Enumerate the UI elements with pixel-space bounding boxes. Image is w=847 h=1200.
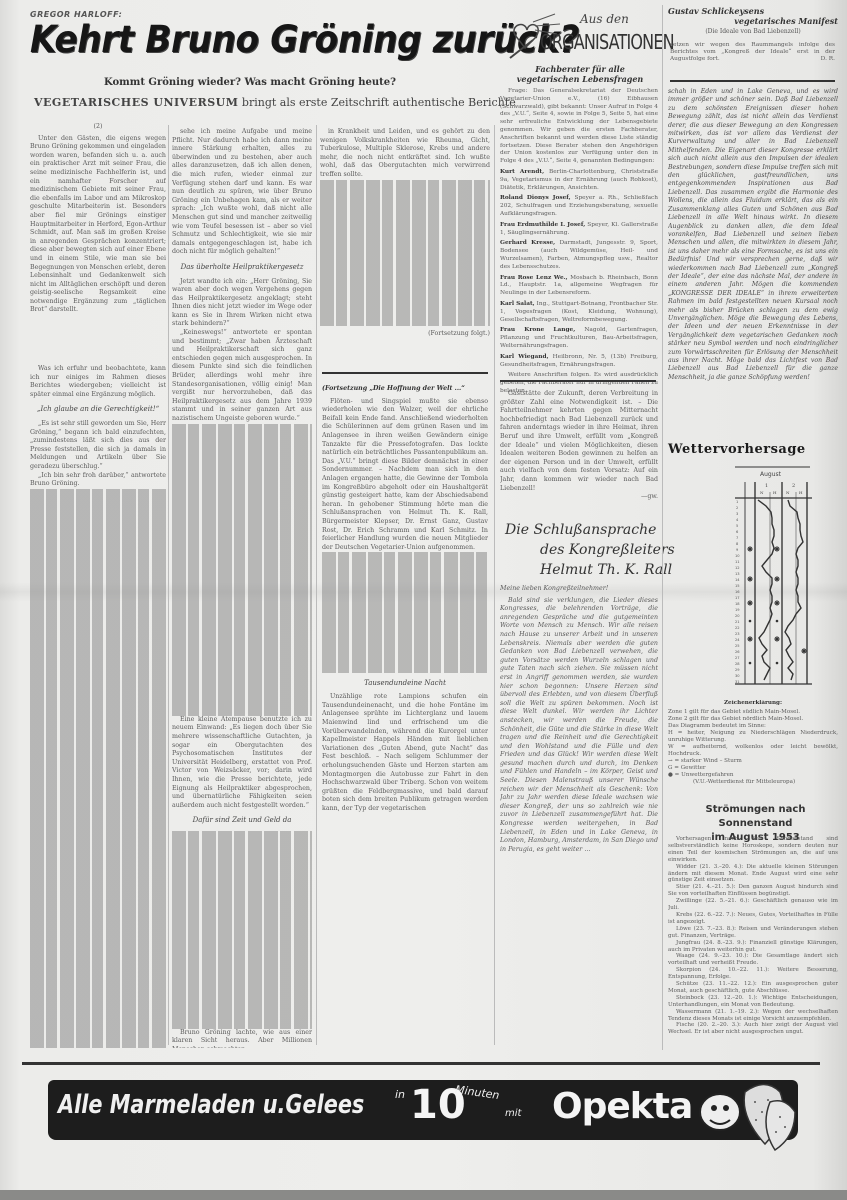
- svg-text:31: 31: [735, 680, 740, 684]
- adviser-entry: Kurt Arendt, Berlin-Charlottenburg, Chri…: [500, 169, 658, 192]
- section-heading: Das überholte Heilpraktikergesetz: [172, 263, 312, 272]
- article-column-1: (2) Unter den Gästen, die eigens wegen B…: [30, 123, 166, 1048]
- svg-text:1: 1: [765, 483, 768, 489]
- article-column-3: in Krankheit und Leiden, und es gehört z…: [320, 128, 490, 353]
- svg-text:14: 14: [735, 578, 740, 582]
- chart-markers: [748, 547, 806, 664]
- manifest-heading: Gustav Schlickeysens vegetarisches Manif…: [668, 6, 838, 35]
- text-filler: [320, 180, 490, 326]
- paragraph: schah in Eden und in Lake Geneva, und es…: [668, 88, 838, 382]
- column-divider: [316, 125, 317, 1045]
- adviser-entry: Karl Wiegand, Heilbronn, Nr. 5, (13b) Fr…: [500, 354, 658, 370]
- svg-text:3: 3: [736, 512, 738, 516]
- svg-text:22: 22: [735, 626, 740, 630]
- zodiac-entry: Stier (21. 4.–21. 5.): Den ganzen August…: [668, 884, 838, 898]
- paragraph: Bald sind sie verklungen, die Lieder die…: [500, 597, 658, 855]
- legend-item: G = Gewitter: [668, 765, 838, 772]
- paragraph: Eine kleine Atempause benutzte ich zu ne…: [172, 716, 312, 811]
- festival-closing-column: Gaststätte der Zukunft, deren Verbreitun…: [500, 390, 658, 505]
- zodiac-entry: Zwillinge (22. 5.–21. 6.): Geschäftlich …: [668, 898, 838, 912]
- svg-text:N: N: [760, 490, 764, 495]
- subheadline: Kommt Gröning wieder? Was macht Gröning …: [0, 77, 500, 88]
- text-filler: [322, 552, 488, 672]
- kicker: VEGETARISCHES UNIVERSUM bringt als erste…: [34, 96, 504, 109]
- paragraph: in Krankheit und Leiden, und es gehört z…: [320, 128, 490, 180]
- paragraph: Frage: Das Generalsekretariat der Deutsc…: [500, 88, 658, 166]
- paragraph: Unzählige rote Lampions schufen ein Taus…: [322, 693, 488, 813]
- organisations-column: Frage: Das Generalsekretariat der Deutsc…: [500, 88, 658, 398]
- svg-text:27: 27: [735, 656, 740, 660]
- text-filler: [172, 831, 312, 1029]
- section-rule: [670, 80, 835, 82]
- paragraph: sehe ich meine Aufgabe und meine Pflicht…: [172, 128, 312, 257]
- organisations-heading: Fachberater für alle vegetarischen Leben…: [500, 64, 660, 84]
- scan-edge: [0, 1190, 847, 1200]
- legend-item: Das Diagramm bedeutet im Sinne:: [668, 723, 838, 730]
- paragraph: Gaststätte der Zukunft, deren Verbreitun…: [500, 390, 658, 493]
- svg-text:29: 29: [735, 668, 740, 672]
- zodiac-entry: Waage (24. 9.–23. 10.): Die Gesamtlage ä…: [668, 953, 838, 967]
- paragraph: „Es ist sehr still geworden um Sie, Herr…: [30, 420, 166, 472]
- svg-text:6: 6: [736, 530, 739, 534]
- column-divider: [494, 125, 495, 1045]
- svg-text:20: 20: [735, 614, 740, 618]
- speech-title: Die Schlußansprache des Kongreßleiters H…: [505, 520, 675, 580]
- section-rule: [500, 380, 656, 382]
- adviser-entry: Roland Dionys Josef, Speyer a. Rh., Schl…: [500, 195, 658, 218]
- paragraph: Flöten- und Singspiel mußte sie ebenso w…: [322, 398, 488, 553]
- legend-item: ● = Unwettergefahren: [668, 772, 838, 779]
- headline: Kehrt Bruno Gröning zurück?: [30, 18, 467, 61]
- continuation-heading: (Fortsetzung „Die Hoffnung der Welt ...“: [322, 385, 488, 394]
- paragraph: Unter den Gästen, die eigens wegen Bruno…: [30, 135, 166, 315]
- zodiac-entry: Schütze (23. 11.–22. 12.): Ein ausgespro…: [668, 981, 838, 995]
- kicker-publication: VEGETARISCHES UNIVERSUM: [34, 96, 238, 109]
- legend-item: (V.U.-Wetterdienst für Mitteleuropa): [668, 779, 838, 786]
- adviser-entry: Karl Salat, Ing., Stuttgart-Botnang, Fro…: [500, 301, 658, 324]
- speech-column: Meine lieben Kongreßteilnehmer! Bald sin…: [500, 585, 658, 1050]
- zodiac-entry: Widder (21. 3.–20. 4.): Die aktuelle kle…: [668, 864, 838, 885]
- chart-day-ticks: 12345 678910 1112131415 1617181920 21222…: [735, 500, 740, 684]
- svg-text:2: 2: [736, 506, 738, 510]
- svg-text:25: 25: [735, 644, 740, 648]
- weather-chart: August 1 2 NH NH 12345 678910 1112131415…: [700, 462, 825, 687]
- paragraph: Vorhersagen nach dem Sonnenstand sind se…: [668, 836, 838, 864]
- svg-text:H: H: [799, 490, 803, 495]
- adviser-entry: Frau Erdmuthilde I. Josef, Speyer, Kl. G…: [500, 222, 658, 238]
- section-rule: [322, 372, 488, 374]
- zone1-line: [758, 500, 774, 680]
- zodiac-entry: Löwe (23. 7.–23. 8.): Reisen und Verände…: [668, 926, 838, 940]
- svg-text:18: 18: [735, 602, 740, 606]
- adviser-entry: Frau Krone Lange, Nagold, Gartenfragen, …: [500, 327, 658, 350]
- svg-text:23: 23: [735, 632, 740, 636]
- svg-text:7: 7: [736, 536, 738, 540]
- svg-text:5: 5: [736, 524, 738, 528]
- svg-text:10: 10: [735, 554, 740, 558]
- ad-mit: mit: [505, 1108, 521, 1119]
- svg-text:13: 13: [735, 572, 740, 576]
- legend-item: W = aufheiternd, wolkenlos oder leicht b…: [668, 744, 838, 758]
- author-sign: —gw.: [500, 493, 658, 502]
- weather-title: Wettervorhersage: [668, 442, 806, 457]
- text-filler: [172, 424, 312, 716]
- zodiac-entry: Jungfrau (24. 8.–23. 9.): Finanziell gün…: [668, 940, 838, 954]
- svg-text:19: 19: [735, 608, 740, 612]
- paragraph: „Ich bin sehr froh darüber,“ antwortete …: [30, 472, 166, 489]
- svg-text:11: 11: [735, 560, 740, 564]
- paragraph: Bruno Gröning lachte, wie aus einer klar…: [172, 1029, 312, 1048]
- svg-text:16: 16: [735, 590, 740, 594]
- legend-item: H = heiter, Neigung zu Niederschlägen Ni…: [668, 730, 838, 744]
- zodiac-entry: Skorpion (24. 10.–22. 11.): Weitere Bess…: [668, 967, 838, 981]
- svg-text:9: 9: [736, 548, 739, 552]
- text-filler: [30, 489, 166, 1048]
- ad-in: in: [395, 1088, 405, 1101]
- zodiac-entry: Wassermann (21. 1.–19. 2.): Wegen der we…: [668, 1009, 838, 1023]
- chart-month-label: August: [760, 471, 782, 478]
- svg-text:H: H: [773, 490, 777, 495]
- zodiac-entry: Steinbock (23. 12.–20. 1.): Wichtige Ent…: [668, 995, 838, 1009]
- strawberry-illustration-icon: [690, 1072, 800, 1152]
- legend-item: Zone 1 gilt für das Gebiet südlich Main-…: [668, 709, 838, 716]
- part-number: (2): [30, 123, 166, 132]
- svg-text:4: 4: [736, 518, 739, 522]
- section-heading: Tausendundeine Nacht: [322, 679, 488, 688]
- svg-text:26: 26: [735, 650, 740, 654]
- column-divider: [168, 125, 169, 1045]
- festival-column: (Fortsetzung „Die Hoffnung der Welt ...“…: [322, 385, 488, 1050]
- ad-slogan: Alle Marmeladen u.Gelees: [58, 1090, 364, 1120]
- svg-text:24: 24: [735, 638, 740, 642]
- svg-text:21: 21: [735, 620, 740, 624]
- speech-salutation: Meine lieben Kongreßteilnehmer!: [500, 585, 658, 594]
- svg-text:1: 1: [736, 500, 738, 504]
- column-divider: [662, 5, 663, 1050]
- svg-text:30: 30: [735, 674, 740, 678]
- svg-text:15: 15: [735, 584, 740, 588]
- zone2-line: [785, 500, 803, 680]
- ad-brand: Opekta: [552, 1086, 692, 1127]
- section-heading: „Ich glaube an die Gerechtigkeit!“: [30, 405, 166, 414]
- zodiac-entry: Krebs (22. 6.–22. 7.): Neues, Gutes, Vor…: [668, 912, 838, 926]
- legend-item: → = starker Wind – Sturm: [668, 758, 838, 765]
- adviser-entry: Gerhard Kresse, Darmstadt, Jungesstr. 9,…: [500, 240, 658, 271]
- article-column-2: sehe ich meine Aufgabe und meine Pflicht…: [172, 128, 312, 1048]
- svg-text:12: 12: [735, 566, 740, 570]
- organisations-prefix: Aus den: [580, 12, 629, 26]
- kicker-text: bringt als erste Zeitschrift authentisch…: [238, 96, 515, 109]
- svg-text:8: 8: [736, 542, 739, 546]
- svg-text:N: N: [786, 490, 790, 495]
- zodiac-entry: Fische (20. 2.–20. 3.): Auch hier zeigt …: [668, 1022, 838, 1036]
- svg-text:2: 2: [792, 483, 795, 489]
- adviser-entry: Frau Rose Lenz We., Mosbach b. Rheinbach…: [500, 275, 658, 298]
- manifest-column: schah in Eden und in Lake Geneva, und es…: [668, 88, 838, 433]
- weather-legend: Zeichenerklärung: Zone 1 gilt für das Ge…: [668, 700, 838, 795]
- svg-text:17: 17: [735, 596, 740, 600]
- legend-item: Zone 2 gilt für das Gebiet nördlich Main…: [668, 716, 838, 723]
- section-heading: Dafür sind Zeit und Geld da: [172, 816, 312, 825]
- paragraph: Jetzt wandte ich ein: „Herr Gröning, Sie…: [172, 278, 312, 330]
- page-bottom-rule: [22, 1062, 820, 1065]
- manifest-note: setzen wir wegen des Raummangels infolge…: [670, 42, 835, 74]
- legend-title: Zeichenerklärung:: [668, 700, 838, 707]
- paragraph: Was ich erfuhr und beobachtete, kann ich…: [30, 365, 166, 399]
- continued-note: (Fortsetzung folgt.): [320, 330, 490, 339]
- paragraph: „Keineswegs!“ antwortete er spontan und …: [172, 329, 312, 424]
- svg-text:28: 28: [735, 662, 740, 666]
- stroemungen-column: Vorhersagen nach dem Sonnenstand sind se…: [668, 836, 838, 1050]
- organisations-title: ORGANISATIONEN: [540, 30, 674, 54]
